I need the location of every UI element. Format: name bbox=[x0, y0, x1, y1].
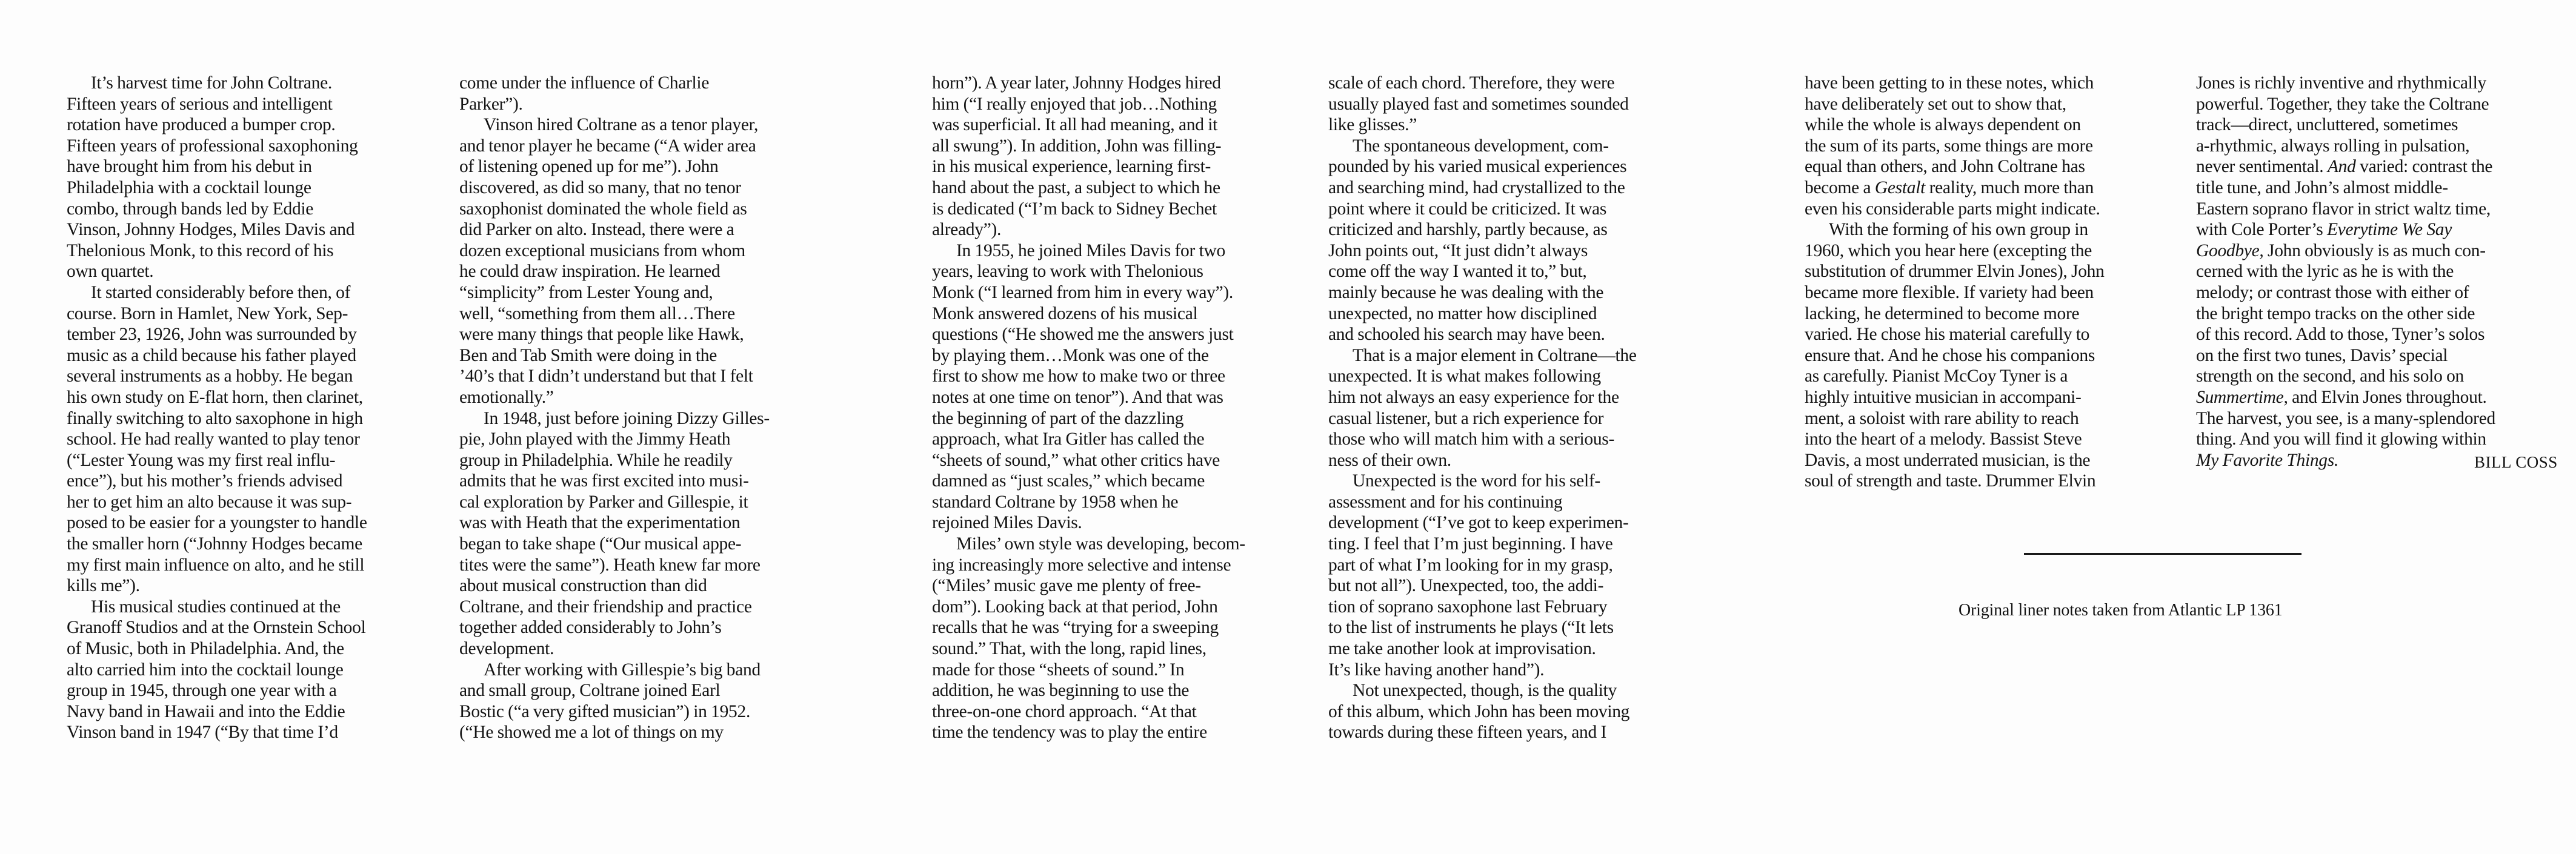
text-line: dozen exceptional musicians from whom bbox=[459, 240, 859, 262]
text-run: Thelonious Monk, to this record of his bbox=[67, 241, 333, 260]
text-line: track—direct, uncluttered, sometimes bbox=[2196, 114, 2576, 136]
text-line: the sum of its parts, some things are mo… bbox=[1805, 136, 2205, 157]
text-run: already”). bbox=[932, 220, 1001, 239]
text-line: course. Born in Hamlet, New York, Sep- bbox=[67, 303, 467, 325]
text-run: towards during these fifteen years, and … bbox=[1328, 723, 1606, 742]
text-run: my first main influence on alto, and he … bbox=[67, 555, 364, 575]
text-line: three-on-one chord approach. “At that bbox=[932, 701, 1332, 723]
text-line: part of what I’m looking for in my grasp… bbox=[1328, 555, 1728, 576]
text-run: In 1948, just before joining Dizzy Gille… bbox=[484, 409, 770, 428]
text-run: Unexpected is the word for his self- bbox=[1353, 471, 1600, 491]
text-run: development. bbox=[459, 639, 554, 658]
text-line: towards during these fifteen years, and … bbox=[1328, 722, 1728, 743]
text-line: casual listener, but a rich experience f… bbox=[1328, 408, 1728, 429]
text-run: dom”). Looking back at that period, John bbox=[932, 597, 1218, 617]
text-run: years, leaving to work with Thelonious bbox=[932, 262, 1203, 281]
italic-title: Everytime We Say bbox=[2327, 220, 2452, 239]
text-line: posed to be easier for a youngster to ha… bbox=[67, 512, 467, 534]
author-signature: BILL COSS bbox=[2474, 453, 2558, 472]
text-run: saxophonist dominated the whole field as bbox=[459, 199, 747, 219]
text-line: time the tendency was to play the entire bbox=[932, 722, 1332, 743]
text-run: kills me”). bbox=[67, 576, 140, 595]
text-line: did Parker on alto. Instead, there were … bbox=[459, 219, 859, 240]
text-run: the beginning of part of the dazzling bbox=[932, 409, 1183, 428]
text-run: soul of strength and taste. Drummer Elvi… bbox=[1805, 471, 2095, 491]
text-run: In 1955, he joined Miles Davis for two bbox=[956, 241, 1225, 260]
text-line: come under the influence of Charlie bbox=[459, 73, 859, 94]
text-line: a-rhythmic, always rolling in pulsation, bbox=[2196, 136, 2576, 157]
text-line: horn”). A year later, Johnny Hodges hire… bbox=[932, 73, 1332, 94]
text-run: into the heart of a melody. Bassist Stev… bbox=[1805, 429, 2082, 449]
text-line: ing increasingly more selective and inte… bbox=[932, 555, 1332, 576]
text-run: horn”). A year later, Johnny Hodges hire… bbox=[932, 73, 1221, 93]
text-run: That is a major element in Coltrane—the bbox=[1353, 346, 1637, 365]
text-line: like glisses.” bbox=[1328, 114, 1728, 136]
text-line: Thelonious Monk, to this record of his bbox=[67, 240, 467, 262]
text-line: of Music, both in Philadelphia. And, the bbox=[67, 638, 467, 660]
text-line: The harvest, you see, is a many-splendor… bbox=[2196, 408, 2576, 429]
text-run: and searching mind, had crystallized to … bbox=[1328, 178, 1625, 197]
text-line: Ben and Tab Smith were doing in the bbox=[459, 345, 859, 366]
text-run: the smaller horn (“Johnny Hodges became bbox=[67, 534, 362, 554]
text-line: well, “something from them all…There bbox=[459, 303, 859, 325]
text-run: the bright tempo tracks on the other sid… bbox=[2196, 304, 2475, 323]
text-run: three-on-one chord approach. “At that bbox=[932, 702, 1197, 721]
text-run: lacking, he determined to become more bbox=[1805, 304, 2079, 323]
text-run: varied. He chose his material carefully … bbox=[1805, 325, 2089, 344]
text-line: discovered, as did so many, that no teno… bbox=[459, 177, 859, 199]
text-run: on the first two tunes, Davis’ special bbox=[2196, 346, 2448, 365]
text-line: questions (“He showed me the answers jus… bbox=[932, 324, 1332, 345]
text-line: title tune, and John’s almost middle- bbox=[2196, 177, 2576, 199]
text-column-4: scale of each chord. Therefore, they wer… bbox=[1328, 73, 1728, 743]
text-line: Parker”). bbox=[459, 94, 859, 115]
text-line: strength on the second, and his solo on bbox=[2196, 366, 2576, 387]
text-line: pie, John played with the Jimmy Heath bbox=[459, 429, 859, 450]
text-run: It started considerably before then, of bbox=[91, 283, 350, 302]
text-run: Coltrane, and their friendship and pract… bbox=[459, 597, 752, 617]
section-divider bbox=[2024, 553, 2301, 555]
text-line: Bostic (“a very gifted musician”) in 195… bbox=[459, 701, 859, 723]
text-line: Philadelphia with a cocktail lounge bbox=[67, 177, 467, 199]
text-line: years, leaving to work with Thelonious bbox=[932, 261, 1332, 282]
text-line: Eastern soprano flavor in strict waltz t… bbox=[2196, 199, 2576, 220]
text-line: Goodbye, John obviously is as much con- bbox=[2196, 240, 2576, 262]
text-run: It’s harvest time for John Coltrane. bbox=[91, 73, 332, 93]
text-run: first to show me how to make two or thre… bbox=[932, 366, 1225, 386]
text-line: unexpected. It is what makes following bbox=[1328, 366, 1728, 387]
text-line: finally switching to alto saxophone in h… bbox=[67, 408, 467, 429]
text-run: ness of their own. bbox=[1328, 451, 1451, 470]
text-line: Vinson band in 1947 (“By that time I’d bbox=[67, 722, 467, 743]
text-run: alto carried him into the cocktail loung… bbox=[67, 660, 344, 680]
text-line: powerful. Together, they take the Coltra… bbox=[2196, 94, 2576, 115]
text-run: pie, John played with the Jimmy Heath bbox=[459, 429, 730, 449]
text-run: 1960, which you hear here (excepting the bbox=[1805, 241, 2092, 260]
text-run: and schooled his search may have been. bbox=[1328, 325, 1605, 344]
text-run: Philadelphia with a cocktail lounge bbox=[67, 178, 311, 197]
text-run: school. He had really wanted to play ten… bbox=[67, 429, 360, 449]
text-line: hand about the past, a subject to which … bbox=[932, 177, 1332, 199]
text-run: the sum of its parts, some things are mo… bbox=[1805, 136, 2093, 156]
text-run: as carefully. Pianist McCoy Tyner is a bbox=[1805, 366, 2068, 386]
text-line: ’40’s that I didn’t understand but that … bbox=[459, 366, 859, 387]
text-run: him (“I really enjoyed that job…Nothing bbox=[932, 94, 1217, 114]
text-line: him (“I really enjoyed that job…Nothing bbox=[932, 94, 1332, 115]
text-line: Navy band in Hawaii and into the Eddie bbox=[67, 701, 467, 723]
text-line: were many things that people like Hawk, bbox=[459, 324, 859, 345]
text-run: did Parker on alto. Instead, there were … bbox=[459, 220, 734, 239]
text-run: Eastern soprano flavor in strict waltz t… bbox=[2196, 199, 2491, 219]
text-run: own quartet. bbox=[67, 262, 153, 281]
text-run: was superficial. It all had meaning, and… bbox=[932, 115, 1217, 134]
text-line: Monk answered dozens of his musical bbox=[932, 303, 1332, 325]
text-run: John points out, “It just didn’t always bbox=[1328, 241, 1588, 260]
text-run: of listening opened up for me”). John bbox=[459, 157, 718, 176]
text-line: group in Philadelphia. While he readily bbox=[459, 450, 859, 471]
text-line: point where it could be criticized. It w… bbox=[1328, 199, 1728, 220]
text-line: first to show me how to make two or thre… bbox=[932, 366, 1332, 387]
text-run: became more flexible. If variety had bee… bbox=[1805, 283, 2094, 302]
text-run: powerful. Together, they take the Coltra… bbox=[2196, 94, 2489, 114]
text-run: ment, a soloist with rare ability to rea… bbox=[1805, 409, 2079, 428]
text-line: and searching mind, had crystallized to … bbox=[1328, 177, 1728, 199]
text-run: Jones is richly inventive and rhythmical… bbox=[2196, 73, 2486, 93]
text-run: his own study on E-flat horn, then clari… bbox=[67, 388, 363, 407]
text-line: It started considerably before then, of bbox=[67, 282, 467, 303]
text-run: and small group, Coltrane joined Earl bbox=[459, 681, 720, 700]
text-line: saxophonist dominated the whole field as bbox=[459, 199, 859, 220]
text-run: Vinson, Johnny Hodges, Miles Davis and bbox=[67, 220, 354, 239]
text-run: (“He showed me a lot of things on my bbox=[459, 723, 724, 742]
text-line: Vinson hired Coltrane as a tenor player, bbox=[459, 114, 859, 136]
text-run: but not all”). Unexpected, too, the addi… bbox=[1328, 576, 1603, 595]
text-line: rotation have produced a bumper crop. bbox=[67, 114, 467, 136]
text-run: equal than others, and John Coltrane has bbox=[1805, 157, 2085, 176]
text-run: of this album, which John has been movin… bbox=[1328, 702, 1629, 721]
text-line: varied. He chose his material carefully … bbox=[1805, 324, 2205, 345]
text-line: Coltrane, and their friendship and pract… bbox=[459, 597, 859, 618]
text-run: Fifteen years of professional saxophonin… bbox=[67, 136, 358, 156]
text-line: my first main influence on alto, and he … bbox=[67, 555, 467, 576]
text-run: addition, he was beginning to use the bbox=[932, 681, 1189, 700]
text-run: The harvest, you see, is a many-splendor… bbox=[2196, 409, 2495, 428]
text-run: with Cole Porter’s bbox=[2196, 220, 2327, 239]
text-line: John points out, “It just didn’t always bbox=[1328, 240, 1728, 262]
text-line: but not all”). Unexpected, too, the addi… bbox=[1328, 575, 1728, 597]
text-line: those who will match him with a serious- bbox=[1328, 429, 1728, 450]
text-line: ting. I feel that I’m just beginning. I … bbox=[1328, 534, 1728, 555]
text-line: he could draw inspiration. He learned bbox=[459, 261, 859, 282]
text-run: and tenor player he became (“A wider are… bbox=[459, 136, 756, 156]
text-line: tember 23, 1926, John was surrounded by bbox=[67, 324, 467, 345]
text-line: Vinson, Johnny Hodges, Miles Davis and bbox=[67, 219, 467, 240]
text-line: assessment and for his continuing bbox=[1328, 492, 1728, 513]
text-line: It’s harvest time for John Coltrane. bbox=[67, 73, 467, 94]
text-line: melody; or contrast those with either of bbox=[2196, 282, 2576, 303]
text-line: admits that he was first excited into mu… bbox=[459, 471, 859, 492]
text-run: recalls that he was “trying for a sweepi… bbox=[932, 618, 1219, 637]
text-line: The spontaneous development, com- bbox=[1328, 136, 1728, 157]
text-run: group in 1945, through one year with a bbox=[67, 681, 337, 700]
text-line: lacking, he determined to become more bbox=[1805, 303, 2205, 325]
text-line: Davis, a most underrated musician, is th… bbox=[1805, 450, 2205, 471]
text-run: Monk (“I learned from him in every way”)… bbox=[932, 283, 1233, 302]
text-run: part of what I’m looking for in my grasp… bbox=[1328, 555, 1613, 575]
text-run: a-rhythmic, always rolling in pulsation, bbox=[2196, 136, 2469, 156]
text-run: come under the influence of Charlie bbox=[459, 73, 709, 93]
text-run: about musical construction than did bbox=[459, 576, 707, 595]
text-run: hand about the past, a subject to which … bbox=[932, 178, 1220, 197]
text-run: several instruments as a hobby. He began bbox=[67, 366, 353, 386]
text-run: well, “something from them all…There bbox=[459, 304, 735, 323]
text-run: in his musical experience, learning firs… bbox=[932, 157, 1211, 176]
text-line: made for those “sheets of sound.” In bbox=[932, 660, 1332, 681]
text-run: “simplicity” from Lester Young and, bbox=[459, 283, 713, 302]
text-run: those who will match him with a serious- bbox=[1328, 429, 1614, 449]
text-run: he could draw inspiration. He learned bbox=[459, 262, 720, 281]
text-line: “sheets of sound,” what other critics ha… bbox=[932, 450, 1332, 471]
text-run: combo, through bands led by Eddie bbox=[67, 199, 313, 219]
text-line: was superficial. It all had meaning, and… bbox=[932, 114, 1332, 136]
text-line: soul of strength and taste. Drummer Elvi… bbox=[1805, 471, 2205, 492]
text-run: have brought him from his debut in bbox=[67, 157, 312, 176]
text-run: began to take shape (“Our musical appe- bbox=[459, 534, 741, 554]
text-run: title tune, and John’s almost middle- bbox=[2196, 178, 2448, 197]
text-line: the beginning of part of the dazzling bbox=[932, 408, 1332, 429]
text-line: unexpected, no matter how disciplined bbox=[1328, 303, 1728, 325]
text-line: approach, what Ira Gitler has called the bbox=[932, 429, 1332, 450]
text-run: development (“I’ve got to keep experimen… bbox=[1328, 513, 1629, 532]
text-line: group in 1945, through one year with a bbox=[67, 680, 467, 701]
text-line: cal exploration by Parker and Gillespie,… bbox=[459, 492, 859, 513]
text-run: pounded by his varied musical experience… bbox=[1328, 157, 1626, 176]
text-run: mainly because he was dealing with the bbox=[1328, 283, 1603, 302]
text-line: was with Heath that the experimentation bbox=[459, 512, 859, 534]
text-run: tites were the same”). Heath knew far mo… bbox=[459, 555, 760, 575]
text-run: all swung”). In addition, John was filli… bbox=[932, 136, 1221, 156]
text-run: ing increasingly more selective and inte… bbox=[932, 555, 1231, 575]
text-line: Not unexpected, though, is the quality bbox=[1328, 680, 1728, 701]
italic-title: My Favorite Things. bbox=[2196, 451, 2338, 470]
text-run: (“Miles’ music gave me plenty of free- bbox=[932, 576, 1201, 595]
text-line: became more flexible. If variety had bee… bbox=[1805, 282, 2205, 303]
text-line: (“Miles’ music gave me plenty of free- bbox=[932, 575, 1332, 597]
text-run: time the tendency was to play the entire bbox=[932, 723, 1207, 742]
text-line: In 1955, he joined Miles Davis for two bbox=[932, 240, 1332, 262]
text-run: while the whole is always dependent on bbox=[1805, 115, 2081, 134]
text-column-6: Jones is richly inventive and rhythmical… bbox=[2196, 73, 2576, 471]
text-run: ence”), but his mother’s friends advised bbox=[67, 471, 342, 491]
text-run: Fifteen years of serious and intelligent bbox=[67, 94, 333, 114]
text-line: damned as “just scales,” which became bbox=[932, 471, 1332, 492]
text-line: addition, he was beginning to use the bbox=[932, 680, 1332, 701]
text-line: rejoined Miles Davis. bbox=[932, 512, 1332, 534]
text-line: sound.” That, with the long, rapid lines… bbox=[932, 638, 1332, 660]
text-line: (“He showed me a lot of things on my bbox=[459, 722, 859, 743]
text-line: notes at one time on tenor”). And that w… bbox=[932, 387, 1332, 408]
text-line: own quartet. bbox=[67, 261, 467, 282]
text-run: (“Lester Young was my first real influ- bbox=[67, 451, 335, 470]
text-line: It’s like having another hand”). bbox=[1328, 660, 1728, 681]
text-run: criticized and harshly, partly because, … bbox=[1328, 220, 1608, 239]
text-run: substitution of drummer Elvin Jones), Jo… bbox=[1805, 262, 2105, 281]
text-run: ting. I feel that I’m just beginning. I … bbox=[1328, 534, 1612, 554]
text-run: to the list of instruments he plays (“It… bbox=[1328, 618, 1614, 637]
italic-title: Summertime, bbox=[2196, 388, 2288, 407]
italic-title: Goodbye, bbox=[2196, 241, 2263, 260]
text-run: Parker”). bbox=[459, 94, 523, 114]
text-run: is dedicated (“I’m back to Sidney Bechet bbox=[932, 199, 1217, 219]
text-run: discovered, as did so many, that no teno… bbox=[459, 178, 741, 197]
text-line: combo, through bands led by Eddie bbox=[67, 199, 467, 220]
text-line: school. He had really wanted to play ten… bbox=[67, 429, 467, 450]
text-line: the smaller horn (“Johnny Hodges became bbox=[67, 534, 467, 555]
text-line: began to take shape (“Our musical appe- bbox=[459, 534, 859, 555]
text-line: development (“I’ve got to keep experimen… bbox=[1328, 512, 1728, 534]
text-column-2: come under the influence of CharlieParke… bbox=[459, 73, 859, 743]
text-line: music as a child because his father play… bbox=[67, 345, 467, 366]
text-run: tember 23, 1926, John was surrounded by bbox=[67, 325, 357, 344]
text-run: by playing them…Monk was one of the bbox=[932, 346, 1209, 365]
text-run: point where it could be criticized. It w… bbox=[1328, 199, 1606, 219]
text-line: his own study on E-flat horn, then clari… bbox=[67, 387, 467, 408]
source-caption: Original liner notes taken from Atlantic… bbox=[1959, 601, 2282, 620]
text-line: ence”), but his mother’s friends advised bbox=[67, 471, 467, 492]
text-run: assessment and for his continuing bbox=[1328, 492, 1562, 512]
text-line: even his considerable parts might indica… bbox=[1805, 199, 2205, 220]
text-line: Jones is richly inventive and rhythmical… bbox=[2196, 73, 2576, 94]
text-run: Bostic (“a very gifted musician”) in 195… bbox=[459, 702, 750, 721]
text-line: substitution of drummer Elvin Jones), Jo… bbox=[1805, 261, 2205, 282]
text-run: varied: contrast the bbox=[2356, 157, 2493, 176]
text-run: ’40’s that I didn’t understand but that … bbox=[459, 366, 753, 386]
text-line: all swung”). In addition, John was filli… bbox=[932, 136, 1332, 157]
italic-title: And bbox=[2328, 157, 2356, 176]
text-line: about musical construction than did bbox=[459, 575, 859, 597]
text-run: approach, what Ira Gitler has called the bbox=[932, 429, 1204, 449]
text-line: mainly because he was dealing with the bbox=[1328, 282, 1728, 303]
text-run: Miles’ own style was developing, becom- bbox=[956, 534, 1245, 554]
text-line: development. bbox=[459, 638, 859, 660]
text-run: Vinson hired Coltrane as a tenor player, bbox=[484, 115, 758, 134]
text-line: equal than others, and John Coltrane has bbox=[1805, 156, 2205, 177]
text-line: while the whole is always dependent on bbox=[1805, 114, 2205, 136]
text-line: Miles’ own style was developing, becom- bbox=[932, 534, 1332, 555]
text-run: Vinson band in 1947 (“By that time I’d bbox=[67, 723, 338, 742]
text-column-5: have been getting to in these notes, whi… bbox=[1805, 73, 2205, 492]
text-run: like glisses.” bbox=[1328, 115, 1417, 134]
text-run: Davis, a most underrated musician, is th… bbox=[1805, 451, 2090, 470]
text-line: me take another look at improvisation. bbox=[1328, 638, 1728, 660]
text-line: come off the way I wanted it to,” but, bbox=[1328, 261, 1728, 282]
text-line: cerned with the lyric as he is with the bbox=[2196, 261, 2576, 282]
text-line: recalls that he was “trying for a sweepi… bbox=[932, 617, 1332, 638]
text-run: Not unexpected, though, is the quality bbox=[1353, 681, 1617, 700]
text-run: track—direct, uncluttered, sometimes bbox=[2196, 115, 2458, 134]
text-run: With the forming of his own group in bbox=[1829, 220, 2088, 239]
text-line: ment, a soloist with rare ability to rea… bbox=[1805, 408, 2205, 429]
italic-title: Gestalt bbox=[1875, 178, 1925, 197]
text-run: music as a child because his father play… bbox=[67, 346, 356, 365]
text-line: by playing them…Monk was one of the bbox=[932, 345, 1332, 366]
text-run: come off the way I wanted it to,” but, bbox=[1328, 262, 1586, 281]
text-run: rejoined Miles Davis. bbox=[932, 513, 1082, 532]
text-run: have been getting to in these notes, whi… bbox=[1805, 73, 2094, 93]
text-line: have been getting to in these notes, whi… bbox=[1805, 73, 2205, 94]
text-line: emotionally.” bbox=[459, 387, 859, 408]
text-run: After working with Gillespie’s big band bbox=[484, 660, 760, 680]
text-run: tion of soprano saxophone last February bbox=[1328, 597, 1607, 617]
text-run: and Elvin Jones throughout. bbox=[2288, 388, 2487, 407]
text-line: in his musical experience, learning firs… bbox=[932, 156, 1332, 177]
text-run: thing. And you will find it glowing with… bbox=[2196, 429, 2486, 449]
text-line: become a Gestalt reality, much more than bbox=[1805, 177, 2205, 199]
text-line: That is a major element in Coltrane—the bbox=[1328, 345, 1728, 366]
text-line: highly intuitive musician in accompani- bbox=[1805, 387, 2205, 408]
text-line: 1960, which you hear here (excepting the bbox=[1805, 240, 2205, 262]
text-run: dozen exceptional musicians from whom bbox=[459, 241, 745, 260]
text-line: thing. And you will find it glowing with… bbox=[2196, 429, 2576, 450]
text-run: casual listener, but a rich experience f… bbox=[1328, 409, 1603, 428]
text-line: Granoff Studios and at the Ornstein Scho… bbox=[67, 617, 467, 638]
text-run: of this record. Add to those, Tyner’s so… bbox=[2196, 325, 2484, 344]
text-line: kills me”). bbox=[67, 575, 467, 597]
text-run: usually played fast and sometimes sounde… bbox=[1328, 94, 1629, 114]
text-line: ensure that. And he chose his companions bbox=[1805, 345, 2205, 366]
text-run: strength on the second, and his solo on bbox=[2196, 366, 2464, 386]
text-run: me take another look at improvisation. bbox=[1328, 639, 1596, 658]
text-run: become a bbox=[1805, 178, 1875, 197]
text-line: the bright tempo tracks on the other sid… bbox=[2196, 303, 2576, 325]
text-run: His musical studies continued at the bbox=[91, 597, 341, 617]
text-run: unexpected, no matter how disciplined bbox=[1328, 304, 1597, 323]
text-run: The spontaneous development, com- bbox=[1353, 136, 1609, 156]
text-line: have brought him from his debut in bbox=[67, 156, 467, 177]
text-line: of this album, which John has been movin… bbox=[1328, 701, 1728, 723]
text-line: In 1948, just before joining Dizzy Gille… bbox=[459, 408, 859, 429]
text-line: and tenor player he became (“A wider are… bbox=[459, 136, 859, 157]
text-run: notes at one time on tenor”). And that w… bbox=[932, 388, 1223, 407]
text-run: It’s like having another hand”). bbox=[1328, 660, 1544, 680]
text-run: highly intuitive musician in accompani- bbox=[1805, 388, 2082, 407]
text-line: never sentimental. And varied: contrast … bbox=[2196, 156, 2576, 177]
text-run: even his considerable parts might indica… bbox=[1805, 199, 2100, 219]
text-line: “simplicity” from Lester Young and, bbox=[459, 282, 859, 303]
text-line: tion of soprano saxophone last February bbox=[1328, 597, 1728, 618]
text-column-3: horn”). A year later, Johnny Hodges hire… bbox=[932, 73, 1332, 743]
text-line: him not always an easy experience for th… bbox=[1328, 387, 1728, 408]
text-line: Monk (“I learned from him in every way”)… bbox=[932, 282, 1332, 303]
text-line: usually played fast and sometimes sounde… bbox=[1328, 94, 1728, 115]
text-line: dom”). Looking back at that period, John bbox=[932, 597, 1332, 618]
text-run: made for those “sheets of sound.” In bbox=[932, 660, 1184, 680]
text-run: John obviously is as much con- bbox=[2263, 241, 2485, 260]
text-run: posed to be easier for a youngster to ha… bbox=[67, 513, 367, 532]
text-run: never sentimental. bbox=[2196, 157, 2328, 176]
text-line: several instruments as a hobby. He began bbox=[67, 366, 467, 387]
text-run: Monk answered dozens of his musical bbox=[932, 304, 1197, 323]
text-run: Navy band in Hawaii and into the Eddie bbox=[67, 702, 345, 721]
text-run: “sheets of sound,” what other critics ha… bbox=[932, 451, 1220, 470]
text-run: melody; or contrast those with either of bbox=[2196, 283, 2469, 302]
text-line: Summertime, and Elvin Jones throughout. bbox=[2196, 387, 2576, 408]
text-run: together added considerably to John’s bbox=[459, 618, 722, 637]
text-run: cerned with the lyric as he is with the bbox=[2196, 262, 2454, 281]
text-line: criticized and harshly, partly because, … bbox=[1328, 219, 1728, 240]
text-run: finally switching to alto saxophone in h… bbox=[67, 409, 363, 428]
text-line: already”). bbox=[932, 219, 1332, 240]
